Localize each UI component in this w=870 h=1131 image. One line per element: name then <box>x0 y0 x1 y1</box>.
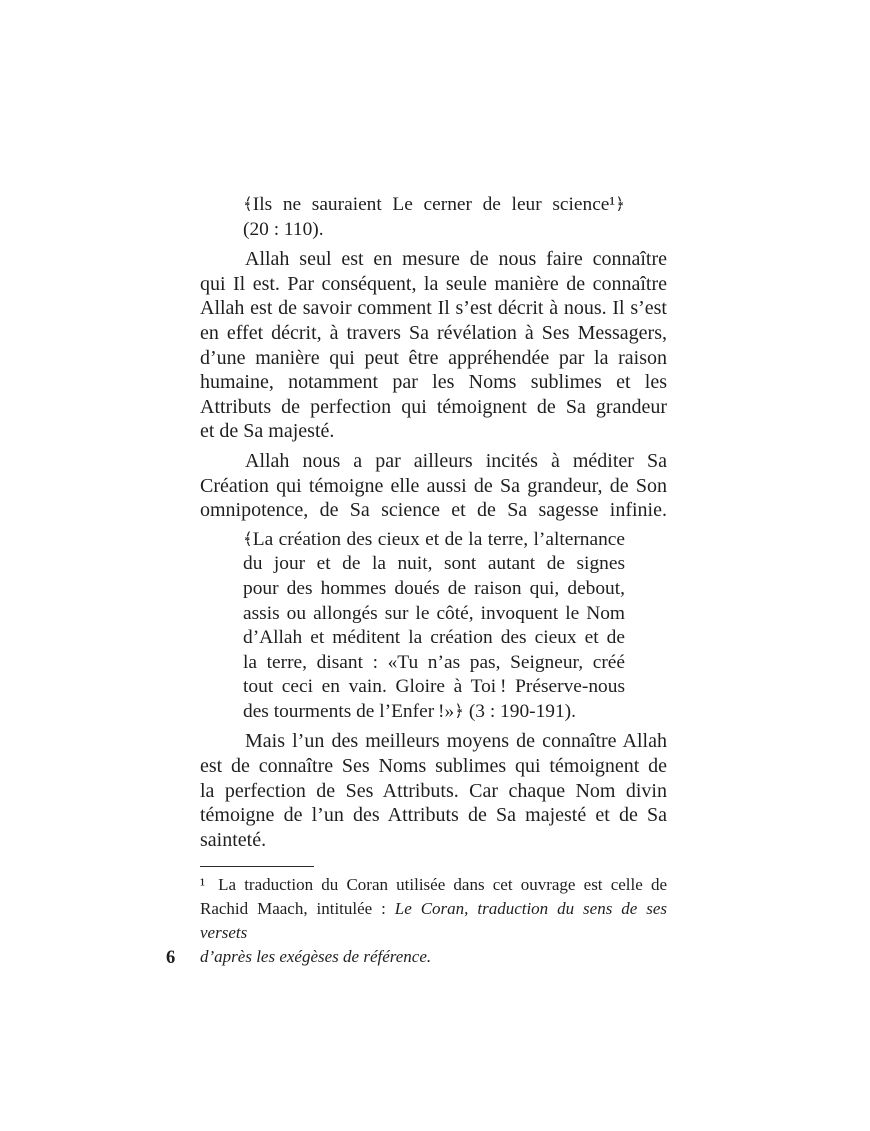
text-segment: sainteté. <box>200 829 266 851</box>
text-segment: (20 : 110). <box>243 219 324 240</box>
text-line: d’une manière qui peut être appréhendée … <box>200 346 667 371</box>
text-line: ﴾Ils ne sauraient Le cerner de leur scie… <box>243 193 625 218</box>
text-segment: la terre, disant : «Tu n’as pas, Seigneu… <box>243 652 625 673</box>
text-line: et de Sa majesté. <box>200 419 667 444</box>
text-segment: en effet décrit, à travers Sa révélation… <box>200 322 667 344</box>
text-line: Création qui témoigne elle aussi de Sa g… <box>200 474 667 499</box>
text-line: assis ou allongés sur le côté, invoquent… <box>243 602 625 627</box>
text-segment: Rachid Maach, intitulée : <box>200 899 395 918</box>
text-segment: omnipotence, de Sa science et de Sa sage… <box>200 499 667 521</box>
text-segment: des tourments de l’Enfer !» <box>243 701 454 722</box>
text-line: omnipotence, de Sa science et de Sa sage… <box>200 498 667 523</box>
text-segment: humaine, notamment par les Noms sublimes… <box>200 371 667 393</box>
footnote: ¹La traduction du Coran utilisée dans ce… <box>200 873 667 969</box>
text-line: sainteté. <box>200 828 667 853</box>
text-line: ﴾La création des cieux et de la terre, l… <box>243 528 625 553</box>
text-line: Allah nous a par ailleurs incités à médi… <box>200 449 667 474</box>
verse-quote-2: ﴾La création des cieux et de la terre, l… <box>243 528 625 725</box>
text-segment: pour des hommes doués de raison qui, deb… <box>243 578 625 599</box>
text-segment: d’une manière qui peut être appréhendée … <box>200 347 667 369</box>
text-line: témoigne de l’un des Attributs de Sa maj… <box>200 803 667 828</box>
text-segment: Allah nous a par ailleurs incités à médi… <box>245 450 667 472</box>
text-line: Allah est de savoir comment Il s’est déc… <box>200 296 667 321</box>
text-segment: assis ou allongés sur le côté, invoquent… <box>243 603 625 624</box>
text-line: d’après les exégèses de référence. <box>200 945 667 969</box>
text-segment: Allah est de savoir comment Il s’est déc… <box>200 297 667 319</box>
text-line: Allah seul est en mesure de nous faire c… <box>200 247 667 272</box>
ornate-bracket-icon: ﴿ <box>615 194 625 213</box>
text-segment: la perfection de Ses Attributs. Car chaq… <box>200 780 667 802</box>
text-line: Mais l’un des meilleurs moyens de connaî… <box>200 729 667 754</box>
text-line: d’Allah et méditent la création des cieu… <box>243 626 625 651</box>
text-segment: Allah seul est en mesure de nous faire c… <box>245 248 667 270</box>
ornate-bracket-icon: ﴾ <box>243 194 253 213</box>
text-line: la terre, disant : «Tu n’as pas, Seigneu… <box>243 651 625 676</box>
text-column: ﴾Ils ne sauraient Le cerner de leur scie… <box>200 193 667 969</box>
text-segment: qui Il est. Par conséquent, la seule man… <box>200 273 667 295</box>
text-segment: et de Sa majesté. <box>200 420 334 442</box>
paragraph-1: Allah seul est en mesure de nous faire c… <box>200 247 667 444</box>
text-line: est de connaître Ses Noms sublimes qui t… <box>200 754 667 779</box>
paragraph-2: Allah nous a par ailleurs incités à médi… <box>200 449 667 523</box>
text-segment: témoigne de l’un des Attributs de Sa maj… <box>200 804 667 826</box>
text-segment: Attributs de perfection qui témoignent d… <box>200 396 667 418</box>
text-line: Attributs de perfection qui témoignent d… <box>200 395 667 420</box>
text-line: qui Il est. Par conséquent, la seule man… <box>200 272 667 297</box>
text-line: (20 : 110). <box>243 218 625 243</box>
text-line: Rachid Maach, intitulée : Le Coran, trad… <box>200 897 667 945</box>
text-segment: d’Allah et méditent la création des cieu… <box>243 627 625 648</box>
verse-quote-1: ﴾Ils ne sauraient Le cerner de leur scie… <box>243 193 625 242</box>
text-line: pour des hommes doués de raison qui, deb… <box>243 577 625 602</box>
text-line: tout ceci en vain. Gloire à Toi ! Préser… <box>243 675 625 700</box>
text-segment: tout ceci en vain. Gloire à Toi ! Préser… <box>243 676 625 697</box>
text-segment: La traduction du Coran utilisée dans cet… <box>218 875 667 894</box>
text-line: humaine, notamment par les Noms sublimes… <box>200 370 667 395</box>
text-segment: d’après les exégèses de référence. <box>200 947 431 966</box>
text-line: en effet décrit, à travers Sa révélation… <box>200 321 667 346</box>
ornate-bracket-icon: ﴿ <box>454 701 464 720</box>
text-line: la perfection de Ses Attributs. Car chaq… <box>200 779 667 804</box>
text-line: du jour et de la nuit, sont autant de si… <box>243 552 625 577</box>
text-segment: (3 : 190-191). <box>464 701 576 722</box>
text-segment: Création qui témoigne elle aussi de Sa g… <box>200 475 667 497</box>
footnote-separator <box>200 866 314 867</box>
text-segment: Mais l’un des meilleurs moyens de connaî… <box>245 730 667 752</box>
book-page: ﴾Ils ne sauraient Le cerner de leur scie… <box>0 0 870 1131</box>
text-segment: du jour et de la nuit, sont autant de si… <box>243 553 625 574</box>
ornate-bracket-icon: ﴾ <box>243 529 253 548</box>
text-line: ¹La traduction du Coran utilisée dans ce… <box>200 873 667 897</box>
page-number: 6 <box>166 948 175 969</box>
text-line: des tourments de l’Enfer !»﴿ (3 : 190-19… <box>243 700 625 725</box>
text-segment: La création des cieux et de la terre, l’… <box>253 529 625 550</box>
text-segment: est de connaître Ses Noms sublimes qui t… <box>200 755 667 777</box>
footnote-marker: ¹ <box>200 875 205 894</box>
text-segment: Ils ne sauraient Le cerner de leur scien… <box>253 194 615 215</box>
paragraph-3: Mais l’un des meilleurs moyens de connaî… <box>200 729 667 852</box>
